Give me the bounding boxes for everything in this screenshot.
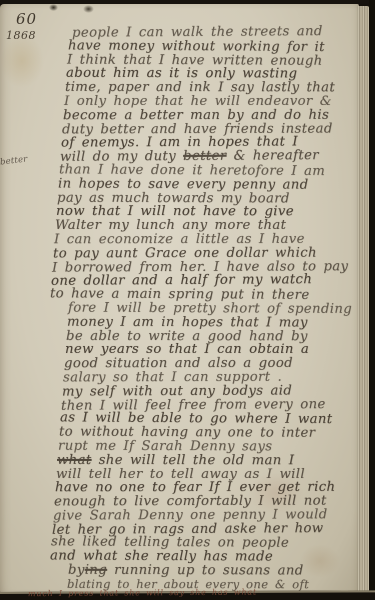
photo-frame: 60 1868 people I can walk the streets an… (0, 0, 375, 600)
handwriting-line: be able to write a good hand by (0, 328, 345, 342)
handwriting-line: bying running up to susans and (0, 563, 345, 578)
handwriting-line: have no one to fear If I ever get rich (0, 480, 345, 494)
handwriting-line: good situation and also a good (0, 356, 345, 370)
handwriting-line: time, paper and ink I say lastly that (0, 80, 345, 94)
handwriting-segment: & hereafter (226, 148, 319, 164)
handwriting-line: my self with out any bodys aid (0, 383, 345, 398)
handwriting-line: now that I will not have to give (0, 204, 345, 218)
handwriting-line: new years so that I can obtain a (0, 342, 345, 356)
handwriting-line: I can economize a little as I have (0, 232, 345, 246)
handwriting-line: I only hope that he will endeavor & (0, 94, 345, 108)
handwriting-line: have money without working for it (0, 38, 345, 54)
handwriting-line: Walter my lunch any more that (0, 218, 345, 232)
ink-stain (83, 5, 94, 13)
handwriting-line: to without having any one to inter (0, 424, 345, 439)
struck-word: better (183, 149, 226, 164)
journal-page: 60 1868 people I can walk the streets an… (0, 4, 359, 594)
struck-word: ing (85, 563, 107, 578)
handwriting-line: become a better man by and do his (0, 108, 345, 122)
handwriting-lines: people I can walk the streets andhave mo… (0, 25, 345, 591)
handwriting-line: and what she really has made (0, 548, 345, 563)
handwriting-line: in hopes to save every penny and (0, 176, 345, 191)
handwriting-line: what she will tell the old man I (0, 452, 345, 466)
handwriting-line: salary so that I can support . (0, 369, 345, 384)
handwriting-line: fore I will be pretty short of spending (0, 300, 345, 315)
handwriting-line: rupt me If Sarah Denny says (0, 438, 345, 453)
handwriting-line: pay as much towards my board (0, 190, 345, 205)
ink-stain (49, 4, 58, 11)
handwriting-line: to pay aunt Grace one dollar which (0, 245, 345, 260)
handwriting-line: will tell her to tell away as I will (0, 467, 345, 481)
handwriting-line: about him as it is only wasting (0, 66, 345, 81)
handwriting-line: money I am in hopes that I may (0, 314, 345, 329)
struck-word: what (57, 453, 92, 468)
handwriting-segment: by (68, 563, 85, 578)
photo-background-right (369, 0, 375, 600)
handwriting-line: enough to live comfortably I will not (0, 494, 345, 509)
page-fore-edge (358, 6, 369, 592)
handwriting-line: give Sarah Denny one penny I would (0, 507, 345, 522)
